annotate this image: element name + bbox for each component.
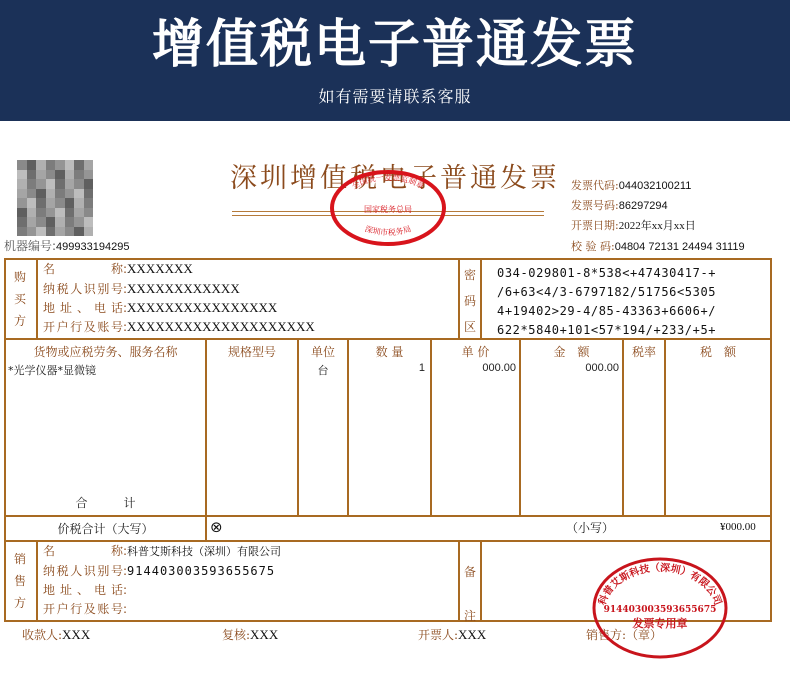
total-capital-label: 价税合计（大写） [6, 520, 205, 537]
col-spec: 规格型号 [207, 343, 297, 360]
col-unit-price: 单 价 [432, 343, 519, 360]
item-unit: 台 [299, 362, 347, 378]
banner-subtitle: 如有需要请联系客服 [0, 84, 790, 107]
divider [664, 338, 666, 516]
circled-x-icon: ⊗ [210, 518, 223, 536]
col-unit: 单位 [299, 343, 347, 360]
banner: 增值税电子普通发票 如有需要请联系客服 [0, 0, 790, 121]
buyer-section-label: 购买方 [12, 266, 28, 332]
divider [205, 515, 207, 541]
col-amount: 金 额 [521, 343, 622, 360]
col-tax-rate: 税率 [624, 343, 664, 360]
seller-tax-id: 纳税人识别号:914403003593655675 [43, 562, 275, 580]
reviewer: 复核:XXX [222, 626, 278, 643]
machine-number-value: 499933194295 [56, 241, 129, 253]
seller-bank-account: 开户行及账号: [43, 600, 127, 618]
invoice-date: 开票日期:2022年xx月xx日 [571, 217, 696, 233]
seller-name: 名称:科普艾斯科技（深圳）有限公司 [43, 542, 281, 560]
total-small-label: （小写） [566, 519, 614, 536]
invoice-title: 深圳增值税电子普通发票 [230, 156, 560, 195]
divider [36, 540, 38, 622]
divider [480, 258, 482, 340]
cipher-section-label: 密码区 [462, 262, 478, 340]
divider [480, 540, 482, 622]
remarks-label: 备注 [462, 550, 478, 638]
subtotal-label: 合 计 [6, 494, 205, 511]
title-underline [232, 211, 544, 212]
machine-number-label: 机器编号: [4, 239, 56, 253]
title-underline [232, 215, 544, 216]
divider [4, 515, 772, 517]
buyer-address-phone: 地址、电话:XXXXXXXXXXXXXXXX [43, 299, 277, 317]
seller-section-label: 销售方 [12, 548, 28, 614]
buyer-name: 名称:XXXXXXX [43, 260, 193, 278]
seller-address-phone: 地址、电话: [43, 581, 127, 599]
banner-title: 增值税电子普通发票 [0, 12, 790, 78]
item-unit-price: 000.00 [432, 362, 516, 374]
qr-code [17, 160, 93, 236]
divider [458, 258, 460, 340]
col-tax: 税 额 [666, 343, 770, 360]
item-quantity: 1 [349, 362, 425, 374]
payee: 收款人:XXX [22, 626, 90, 643]
check-code: 校 验 码:04804 72131 24494 31119 [571, 238, 745, 254]
total-small-value: ¥000.00 [720, 521, 756, 533]
item-amount: 000.00 [521, 362, 619, 374]
buyer-tax-id: 纳税人识别号:XXXXXXXXXXXX [43, 280, 240, 298]
divider [458, 540, 460, 622]
divider [622, 338, 624, 516]
divider [36, 258, 38, 340]
buyer-bank-account: 开户行及账号:XXXXXXXXXXXXXXXXXXXX [43, 318, 315, 336]
issuer: 开票人:XXX [418, 626, 486, 643]
svg-text:深圳市税务局: 深圳市税务局 [364, 224, 413, 237]
seller-seal: 销售方:（章） [586, 626, 662, 643]
svg-text:国家税务总局: 国家税务总局 [364, 204, 412, 214]
machine-number: 机器编号:499933194295 [4, 237, 129, 254]
item-name: *光学仪器*显微镜 [8, 362, 96, 378]
divider [205, 338, 207, 516]
invoice-code: 发票代码:044032100211 [571, 177, 691, 193]
col-quantity: 数 量 [349, 343, 430, 360]
col-item-name: 货物或应税劳务、服务名称 [6, 343, 205, 360]
cipher-text: 034-029801-8*538<+47430417-+ /6+63<4/3-6… [497, 264, 716, 340]
invoice-number: 发票号码:86297294 [571, 197, 668, 213]
